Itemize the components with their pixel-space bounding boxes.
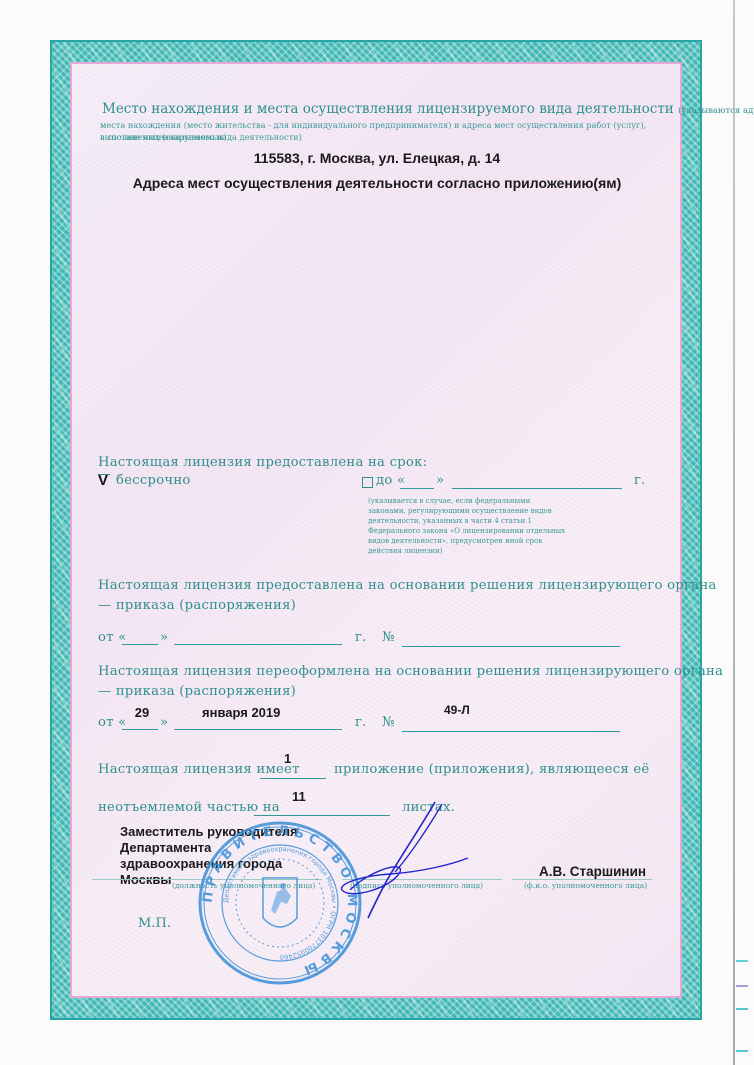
grant-number-field[interactable] — [402, 646, 620, 647]
reissue-year-suffix: г. — [355, 715, 367, 730]
reissue-text-line1: Настоящая лицензия переоформлена на осно… — [98, 664, 723, 679]
location-heading-text: Место нахождения и места осуществления л… — [102, 101, 674, 117]
location-note-inline: (указываются адрес — [678, 106, 754, 116]
grant-year-suffix: г. — [355, 630, 367, 645]
sheet-count: 11 — [292, 789, 306, 804]
location-heading: Место нахождения и места осуществления л… — [102, 101, 754, 117]
grant-number-prefix: № — [382, 630, 395, 645]
scan-mark — [736, 1050, 748, 1052]
grant-text-line1: Настоящая лицензия предоставлена на осно… — [98, 578, 716, 593]
name-line — [512, 879, 652, 880]
until-prefix: до « — [376, 473, 405, 488]
grant-date-field[interactable] — [174, 644, 342, 645]
appendices-line2-before: неотъемлемой частью на — [98, 800, 280, 815]
scan-edge-strip — [733, 0, 735, 1065]
term-label: Настоящая лицензия предоставлена на срок… — [98, 455, 427, 470]
signatory-name: А.В. Старшинин — [539, 864, 646, 879]
grant-text-line2: — приказа (распоряжения) — [98, 598, 296, 613]
grant-from-prefix: от « — [98, 630, 127, 645]
until-quote-close: » — [436, 473, 444, 488]
grant-day-field[interactable] — [122, 644, 158, 645]
reissue-number: 49-Л — [444, 703, 470, 717]
checkbox-top-edge — [98, 474, 110, 475]
reissue-from-prefix: от « — [98, 715, 127, 730]
reissue-day: 29 — [124, 705, 160, 720]
reissue-number-prefix: № — [382, 715, 395, 730]
reissue-quote-close: » — [160, 715, 168, 730]
until-year-suffix: г. — [634, 473, 646, 488]
reissue-text-line2: — приказа (распоряжения) — [98, 684, 296, 699]
until-day-field[interactable] — [400, 488, 434, 489]
appendices-text-after: приложение (приложения), являющееся её — [334, 762, 650, 777]
scan-mark — [736, 985, 748, 987]
indefinite-label: бессрочно — [116, 473, 191, 488]
reissue-day-field[interactable] — [122, 729, 158, 730]
handwritten-signature-icon — [330, 800, 470, 920]
until-note: (указывается в случае, если федеральными… — [368, 496, 568, 556]
reissue-number-field[interactable] — [402, 731, 620, 732]
name-caption: (ф.и.о. уполномоченного лица) — [524, 881, 647, 890]
until-checkbox[interactable] — [362, 477, 373, 488]
address: 115583, г. Москва, ул. Елецкая, д. 14 — [72, 150, 682, 166]
appendices-text-before: Настоящая лицензия имеет — [98, 762, 300, 777]
scan-mark — [736, 960, 748, 962]
reissue-date-field[interactable] — [174, 729, 342, 730]
signatory-position-line4: Москвы — [120, 872, 171, 888]
location-note-line3: в составе лицензируемого вида деятельнос… — [100, 131, 302, 143]
seal-place-label: М.П. — [138, 916, 171, 931]
addresses-note: Адреса мест осуществления деятельности с… — [72, 175, 682, 191]
reissue-month-year: января 2019 — [202, 705, 280, 720]
grant-quote-close: » — [160, 630, 168, 645]
scan-mark — [736, 1008, 748, 1010]
appendix-count-field[interactable] — [260, 778, 326, 779]
until-date-field[interactable] — [452, 488, 622, 489]
